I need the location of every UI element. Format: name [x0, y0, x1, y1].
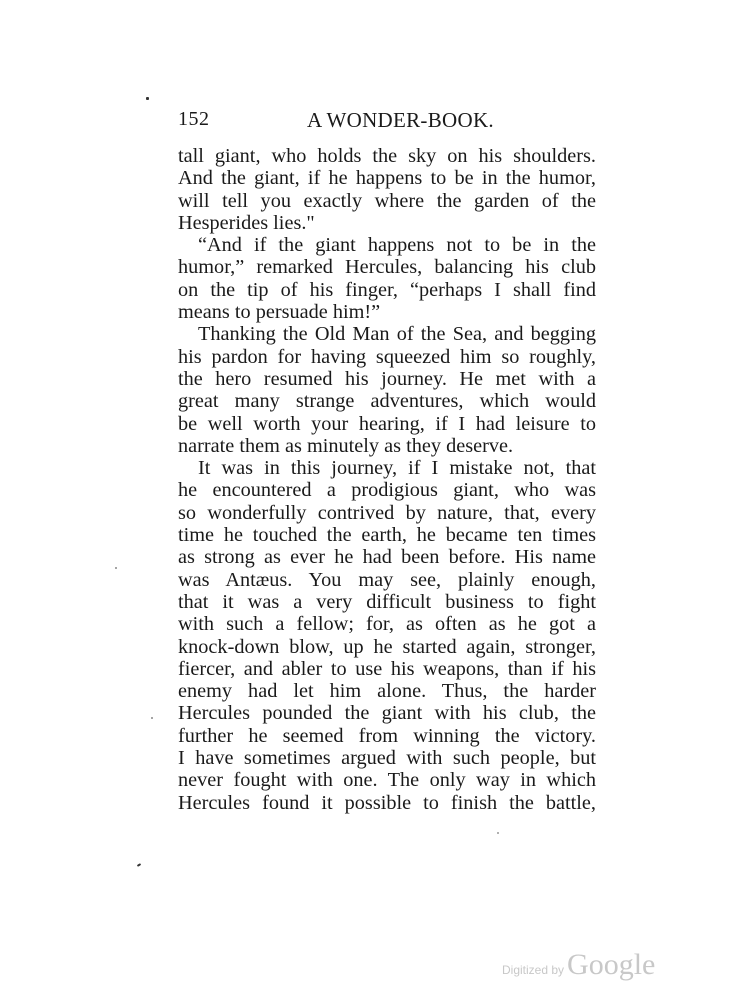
text-line: Thanking the Old Man of the Sea, and beg…	[178, 323, 596, 345]
text-line: knock-down blow, up he started again, st…	[178, 636, 596, 658]
text-line: he encountered a prodigious giant, who w…	[178, 479, 596, 501]
text-line: the hero resumed his journey. He met wit…	[178, 368, 596, 390]
text-line: tall giant, who holds the sky on his sho…	[178, 145, 596, 167]
text-line: his pardon for having squeezed him so ro…	[178, 346, 596, 368]
text-line: fiercer, and abler to use his weapons, t…	[178, 658, 596, 680]
text-line: further he seemed from winning the victo…	[178, 725, 596, 747]
text-line: will tell you exactly where the garden o…	[178, 190, 596, 212]
text-line: humor,” remarked Hercules, balancing his…	[178, 256, 596, 278]
text-line: Hesperides lies."	[178, 212, 596, 234]
text-line: so wonderfully contrived by nature, that…	[178, 502, 596, 524]
scan-speck	[146, 97, 149, 100]
text-line: And the giant, if he happens to be in th…	[178, 167, 596, 189]
text-line: on the tip of his finger, “perhaps I sha…	[178, 279, 596, 301]
scan-speck	[137, 863, 141, 867]
running-head: 152 A WONDER-BOOK.	[178, 108, 613, 138]
body-text: tall giant, who holds the sky on his sho…	[178, 145, 596, 814]
scan-speck	[497, 832, 499, 834]
text-line: narrate them as minutely as they deserve…	[178, 435, 596, 457]
text-line: be well worth your hearing, if I had lei…	[178, 413, 596, 435]
text-line: “And if the giant happens not to be in t…	[178, 234, 596, 256]
text-line: was Antæus. You may see, plainly enough,	[178, 569, 596, 591]
text-line: means to persuade him!”	[178, 301, 596, 323]
digitized-by-google-watermark: Digitized byGoogle	[502, 948, 655, 988]
text-line: with such a fellow; for, as often as he …	[178, 613, 596, 635]
text-line: Hercules found it possible to finish the…	[178, 792, 596, 814]
text-line: time he touched the earth, he became ten…	[178, 524, 596, 546]
scan-speck	[115, 567, 117, 569]
text-line: that it was a very difficult business to…	[178, 591, 596, 613]
text-line: enemy had let him alone. Thus, the harde…	[178, 680, 596, 702]
text-line: as strong as ever he had been before. Hi…	[178, 546, 596, 568]
text-line: never fought with one. The only way in w…	[178, 769, 596, 791]
text-line: I have sometimes argued with such people…	[178, 747, 596, 769]
watermark-prefix: Digitized by	[502, 963, 564, 977]
google-logo: Google	[567, 948, 655, 981]
text-line: great many strange adventures, which wou…	[178, 390, 596, 412]
scan-speck	[151, 717, 153, 719]
text-line: It was in this journey, if I mistake not…	[178, 457, 596, 479]
running-head-title: A WONDER-BOOK.	[178, 108, 613, 133]
book-page: 152 A WONDER-BOOK. tall giant, who holds…	[0, 0, 731, 1000]
text-line: Hercules pounded the giant with his club…	[178, 702, 596, 724]
